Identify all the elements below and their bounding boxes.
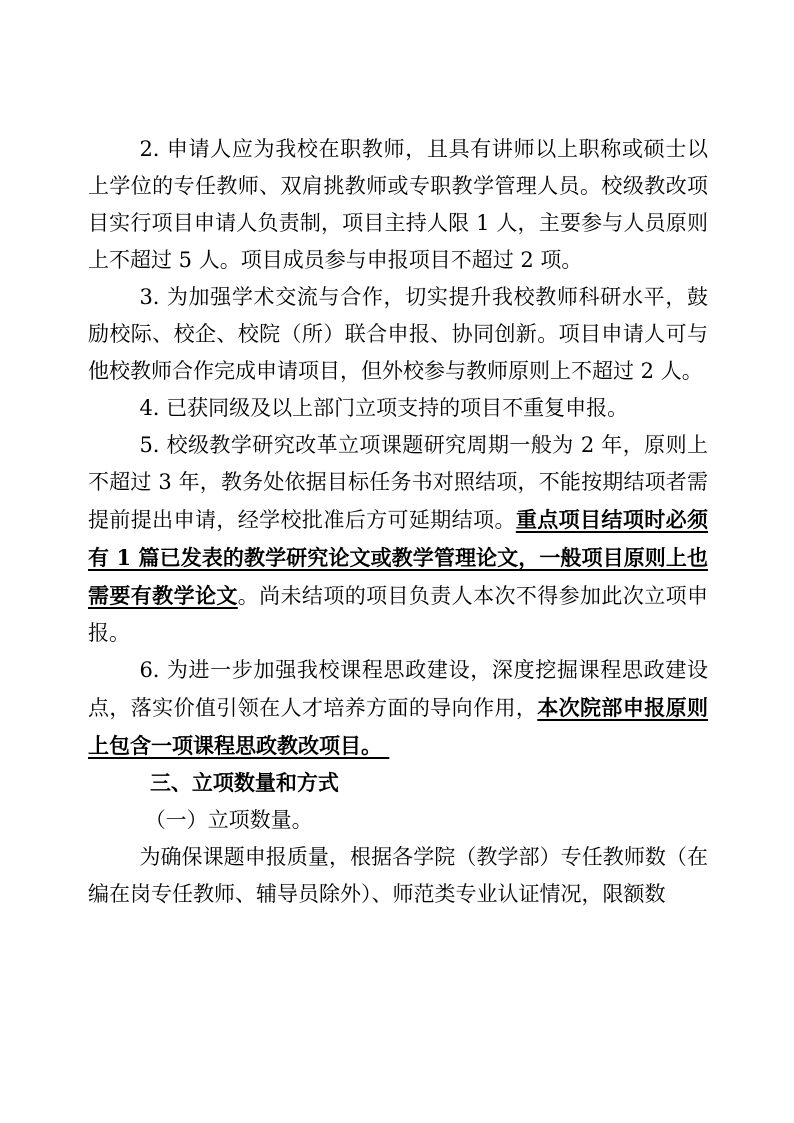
clause-4-paragraph: 4. 已获同级及以上部门立项支持的项目不重复申报。 — [88, 390, 708, 427]
clause-2-paragraph: 2. 申请人应为我校在职教师，且具有讲师以上职称或硕士以上学位的专任教师、双肩挑… — [88, 131, 708, 279]
subsection-heading-3-1: （一）立项数量。 — [88, 802, 708, 839]
clause-6-paragraph: 6. 为进一步加强我校课程思政建设，深度挖掘课程思政建设点，落实价值引领在人才培… — [88, 652, 708, 765]
section-heading-3: 三、立项数量和方式 — [88, 765, 708, 802]
clause-3-paragraph: 3. 为加强学术交流与合作，切实提升我校教师科研水平，鼓励校际、校企、校院（所）… — [88, 279, 708, 390]
clause-7-paragraph: 为确保课题申报质量，根据各学院（教学部）专任教师数（在编在岗专任教师、辅导员除外… — [88, 839, 708, 913]
document-page: 2. 申请人应为我校在职教师，且具有讲师以上职称或硕士以上学位的专任教师、双肩挑… — [0, 0, 794, 1123]
clause-5-paragraph: 5. 校级教学研究改革立项课题研究周期一般为 2 年，原则上不超过 3 年，教务… — [88, 427, 708, 652]
